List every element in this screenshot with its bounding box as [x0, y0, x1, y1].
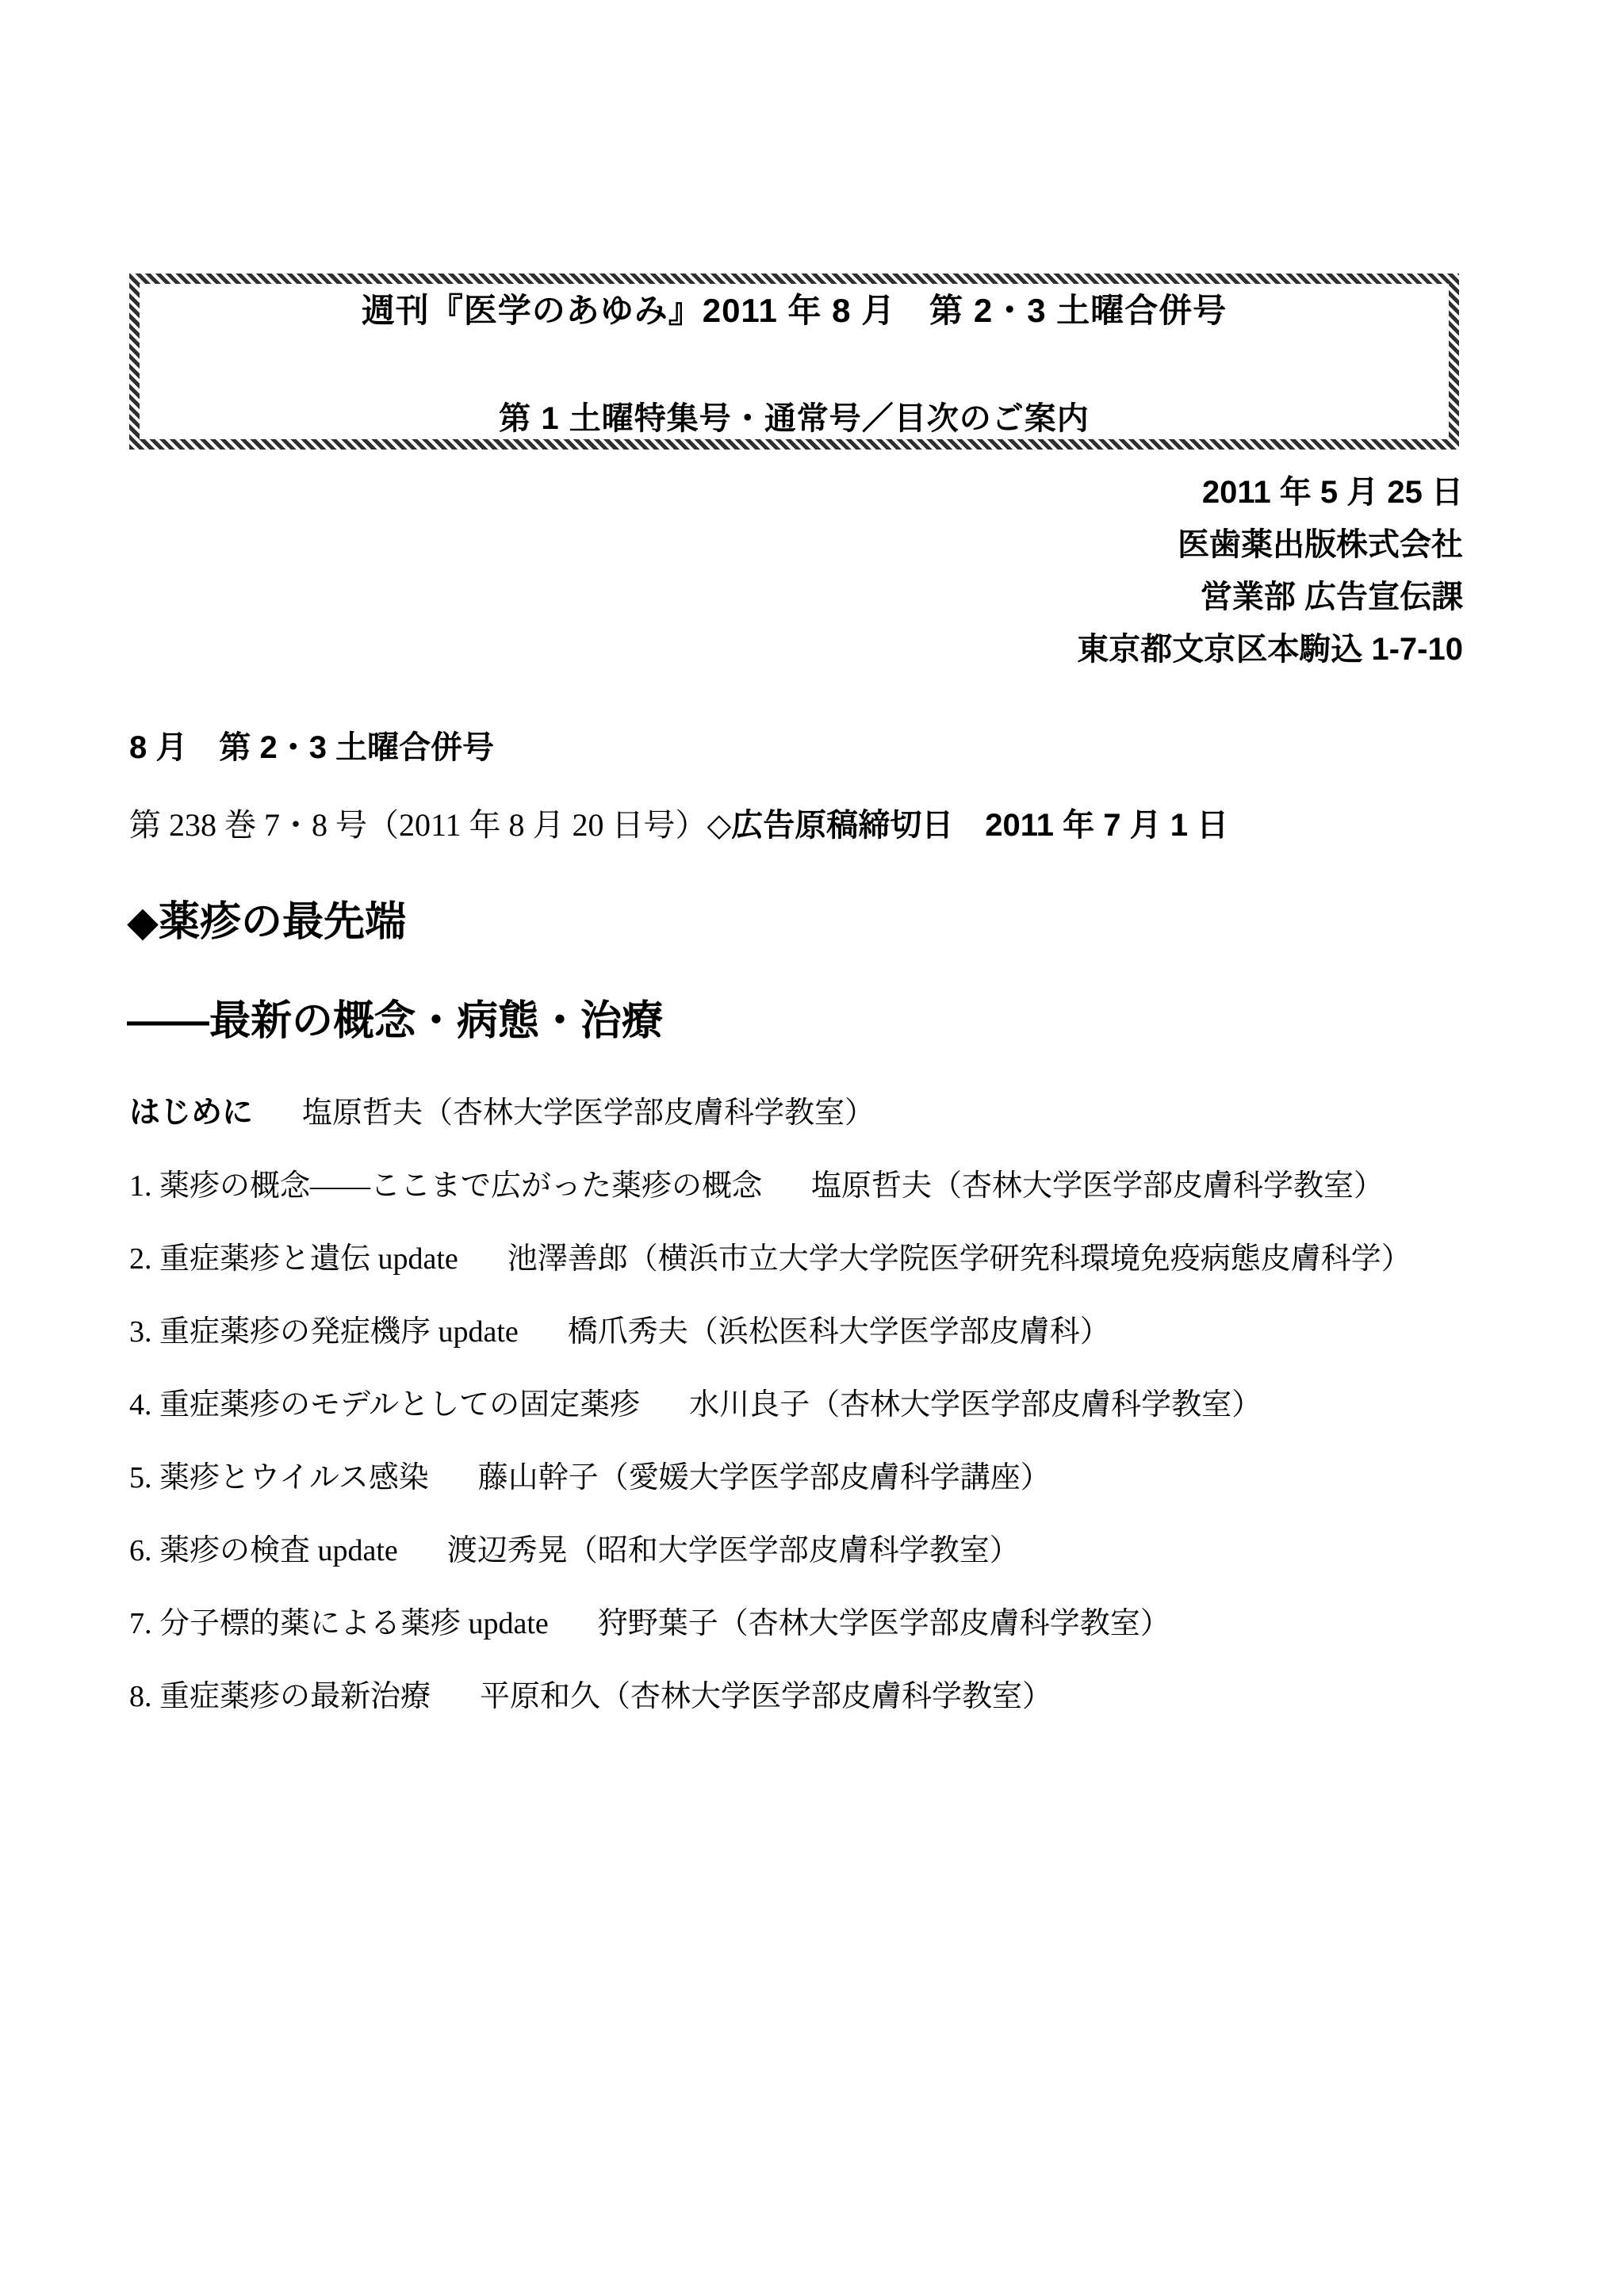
toc-item-row: 2. 重症薬疹と遺伝 update池澤善郎（横浜市立大学大学院医学研究科環境免疫…	[129, 1240, 1525, 1278]
toc-guide-line: 第 1 土曜特集号・通常号／目次のご案内	[140, 400, 1449, 438]
toc-item-author: 水川良子（杏林大学医学部皮膚科学教室）	[689, 1388, 1262, 1422]
toc-item-title: 3. 重症薬疹の発症機序 update	[129, 1315, 519, 1349]
toc-item-row: 5. 薬疹とウイルス感染藤山幹子（愛媛大学医学部皮膚科学講座）	[129, 1459, 1525, 1497]
toc-item-row: 7. 分子標的薬による薬疹 update狩野葉子（杏林大学医学部皮膚科学教室）	[129, 1605, 1525, 1643]
toc-item-row: 6. 薬疹の検査 update渡辺秀晃（昭和大学医学部皮膚科学教室）	[129, 1532, 1525, 1570]
volume-info: 第 238 巻 7・8 号（2011 年 8 月 20 日号）	[129, 807, 707, 843]
sender-block: 2011 年 5 月 25 日 医歯薬出版株式会社 営業部 広告宣伝課 東京都文…	[1077, 466, 1463, 675]
issue-volume-line: 第 238 巻 7・8 号（2011 年 8 月 20 日号）◇広告原稿締切日 …	[129, 807, 1228, 844]
feature-title: ◆薬疹の最先端	[127, 898, 406, 946]
toc-item-title: 1. 薬疹の概念――ここまで広がった薬疹の概念	[129, 1169, 762, 1203]
toc-item-author: 池澤善郎（横浜市立大学大学院医学研究科環境免疫病態皮膚科学）	[507, 1242, 1411, 1276]
toc-item-title: 5. 薬疹とウイルス感染	[129, 1461, 429, 1494]
toc-item-title: 6. 薬疹の検査 update	[129, 1534, 398, 1567]
toc-item-author: 橋爪秀夫（浜松医科大学医学部皮膚科）	[568, 1315, 1110, 1349]
toc-item-author: 塩原哲夫（杏林大学医学部皮膚科学教室）	[811, 1169, 1384, 1203]
toc-item-author: 渡辺秀晃（昭和大学医学部皮膚科学教室）	[447, 1534, 1020, 1567]
issue-date: 2011 年 5 月 25 日	[1077, 466, 1463, 519]
journal-title-line: 週刊『医学のあゆみ』2011 年 8 月 第 2・3 土曜合併号	[140, 292, 1449, 330]
toc-intro-author: 塩原哲夫（杏林大学医学部皮膚科学教室）	[302, 1096, 875, 1130]
publisher-name: 医歯薬出版株式会社	[1077, 519, 1463, 571]
toc-item-row: 8. 重症薬疹の最新治療平原和久（杏林大学医学部皮膚科学教室）	[129, 1678, 1525, 1716]
toc-list: はじめに塩原哲夫（杏林大学医学部皮膚科学教室） 1. 薬疹の概念――ここまで広が…	[129, 1094, 1525, 1751]
toc-item-author: 狩野葉子（杏林大学医学部皮膚科学教室）	[598, 1607, 1170, 1640]
toc-item-author: 藤山幹子（愛媛大学医学部皮膚科学講座）	[478, 1461, 1051, 1494]
toc-item-title: 8. 重症薬疹の最新治療	[129, 1680, 431, 1713]
feature-subtitle: ――最新の概念・病態・治療	[127, 997, 663, 1045]
notice-title-box: 週刊『医学のあゆみ』2011 年 8 月 第 2・3 土曜合併号 第 1 土曜特…	[129, 274, 1459, 450]
toc-item-row: 4. 重症薬疹のモデルとしての固定薬疹水川良子（杏林大学医学部皮膚科学教室）	[129, 1386, 1525, 1424]
publisher-department: 営業部 広告宣伝課	[1077, 571, 1463, 623]
toc-item-title: 7. 分子標的薬による薬疹 update	[129, 1607, 549, 1640]
toc-intro-row: はじめに塩原哲夫（杏林大学医学部皮膚科学教室）	[129, 1094, 1525, 1132]
issue-month-heading: 8 月 第 2・3 土曜合併号	[129, 729, 494, 766]
toc-item-author: 平原和久（杏林大学医学部皮膚科学教室）	[480, 1680, 1052, 1713]
toc-item-row: 3. 重症薬疹の発症機序 update橋爪秀夫（浜松医科大学医学部皮膚科）	[129, 1313, 1525, 1351]
toc-item-title: 4. 重症薬疹のモデルとしての固定薬疹	[129, 1388, 640, 1422]
notice-page: 週刊『医学のあゆみ』2011 年 8 月 第 2・3 土曜合併号 第 1 土曜特…	[0, 0, 1624, 2296]
toc-intro-label: はじめに	[129, 1096, 253, 1130]
toc-item-row: 1. 薬疹の概念――ここまで広がった薬疹の概念塩原哲夫（杏林大学医学部皮膚科学教…	[129, 1167, 1525, 1205]
ad-deadline: ◇広告原稿締切日 2011 年 7 月 1 日	[707, 808, 1229, 843]
publisher-address: 東京都文京区本駒込 1-7-10	[1077, 623, 1463, 675]
toc-item-title: 2. 重症薬疹と遺伝 update	[129, 1242, 458, 1276]
